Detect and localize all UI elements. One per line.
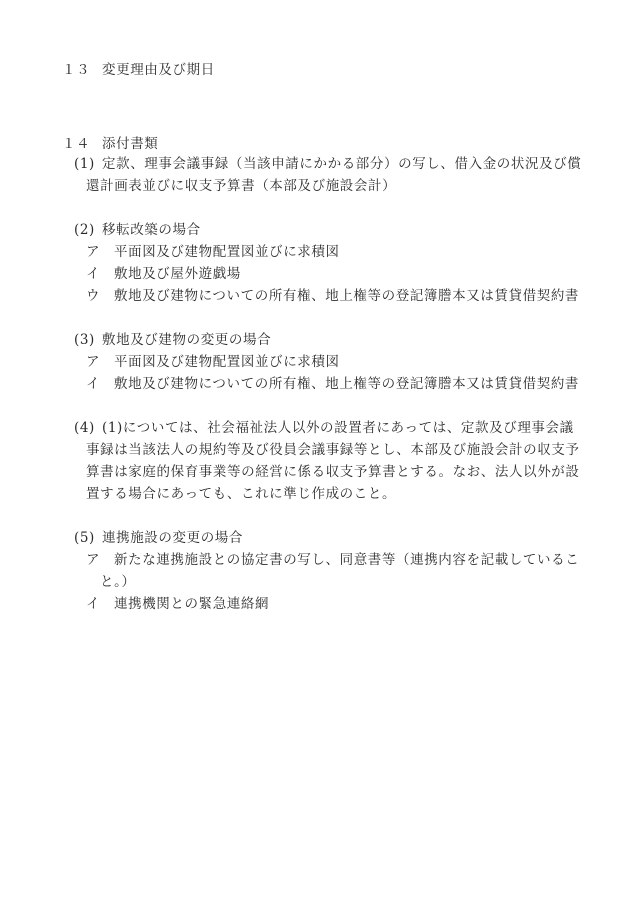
item-text: (1)については、社会福祉法人以外の設置者にあっては、定款及び理事会議 (102, 420, 574, 436)
sub-text: 敷地及び建物についての所有権、地上権等の登記簿謄本又は賃貸借契約書 (114, 288, 579, 304)
item-5-sub-a-line-1: ア新たな連携施設との協定書の写し、同意書等（連携内容を記載しているこ (86, 552, 579, 568)
item-title: 敷地及び建物の変更の場合 (102, 332, 271, 348)
item-label: (5) (74, 530, 102, 546)
sub-text: 新たな連携施設との協定書の写し、同意書等（連携内容を記載しているこ (114, 552, 579, 568)
section-13-heading: １３変更理由及び期日 (62, 62, 215, 78)
section-14-heading: １４添付書類 (62, 136, 158, 152)
sub-label: イ (86, 376, 114, 392)
sub-text: 敷地及び屋外遊戯場 (114, 266, 241, 282)
item-4-line-4: 置する場合にあっても、これに準じ作成のこと。 (86, 486, 396, 502)
item-text: 定款、理事会議事録（当該申請にかかる部分）の写し、借入金の状況及び償 (102, 156, 581, 172)
item-1-line-1: (1)定款、理事会議事録（当該申請にかかる部分）の写し、借入金の状況及び償 (74, 156, 581, 172)
item-4-line-2: 事録は当該法人の規約等及び役員会議事録等とし、本部及び施設会計の収支予 (86, 442, 580, 458)
sub-text: 敷地及び建物についての所有権、地上権等の登記簿謄本又は賃貸借契約書 (114, 376, 579, 392)
sub-text: 平面図及び建物配置図並びに求積図 (114, 354, 340, 370)
item-5-heading: (5)連携施設の変更の場合 (74, 530, 243, 546)
item-4-line-1: (4)(1)については、社会福祉法人以外の設置者にあっては、定款及び理事会議 (74, 420, 574, 436)
sub-text: 連携機関との緊急連絡網 (114, 596, 269, 612)
item-2-sub-a: ア平面図及び建物配置図並びに求積図 (86, 244, 340, 260)
item-label: (2) (74, 222, 102, 238)
item-3-sub-a: ア平面図及び建物配置図並びに求積図 (86, 354, 340, 370)
section-number: １３ (62, 62, 102, 78)
item-2-heading: (2)移転改築の場合 (74, 222, 201, 238)
item-4-line-3: 算書は家庭的保育事業等の経営に係る収支予算書とする。なお、法人以外が設 (86, 464, 580, 480)
sub-label: ア (86, 244, 114, 260)
item-title: 連携施設の変更の場合 (102, 530, 243, 546)
section-number: １４ (62, 136, 102, 152)
sub-text: 平面図及び建物配置図並びに求積図 (114, 244, 340, 260)
item-title: 移転改築の場合 (102, 222, 201, 238)
item-3-sub-i: イ敷地及び建物についての所有権、地上権等の登記簿謄本又は賃貸借契約書 (86, 376, 579, 392)
item-label: (1) (74, 156, 102, 172)
item-2-sub-i: イ敷地及び屋外遊戯場 (86, 266, 241, 282)
item-2-sub-u: ウ敷地及び建物についての所有権、地上権等の登記簿謄本又は賃貸借契約書 (86, 288, 579, 304)
sub-label: イ (86, 266, 114, 282)
item-label: (4) (74, 420, 102, 436)
item-5-sub-i: イ連携機関との緊急連絡網 (86, 596, 269, 612)
item-3-heading: (3)敷地及び建物の変更の場合 (74, 332, 271, 348)
item-1-line-2: 還計画表並びに収支予算書（本部及び施設会計） (86, 178, 396, 194)
sub-label: ア (86, 552, 114, 568)
sub-label: イ (86, 596, 114, 612)
item-label: (3) (74, 332, 102, 348)
section-title: 変更理由及び期日 (102, 62, 215, 78)
sub-label: ア (86, 354, 114, 370)
item-5-sub-a-line-2: と。） (100, 574, 136, 590)
section-title: 添付書類 (102, 136, 158, 152)
sub-label: ウ (86, 288, 114, 304)
